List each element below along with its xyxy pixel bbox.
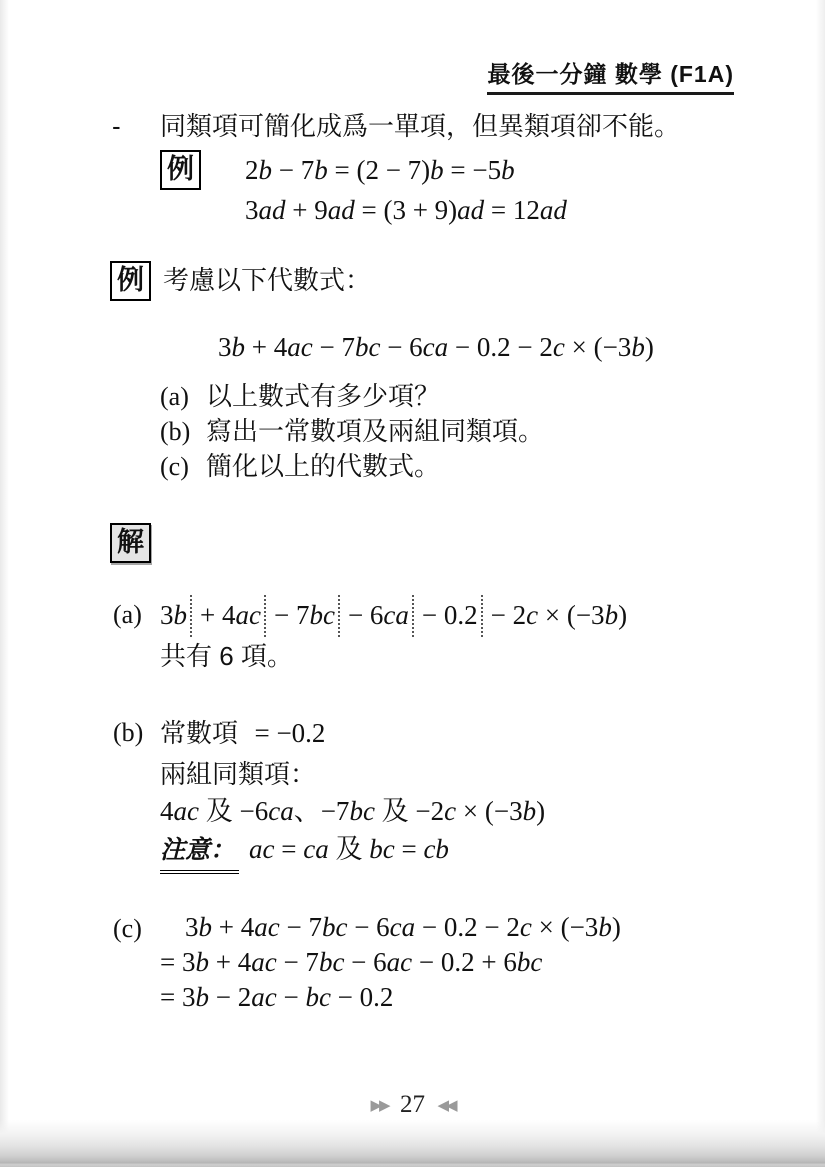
bullet-dash: -: [112, 109, 160, 144]
expression-row: 3b + 4ac − 7bc − 6ca − 0.2 − 2c × (−3b): [0, 328, 825, 366]
solution-b: (b) 常數項 = −0.2 兩組同類項： 4ac 及 −6ca、−7bc 及 …: [0, 714, 825, 874]
equation: = 3b − 2ac − bc − 0.2: [160, 980, 621, 1015]
equation: = −0.2: [254, 718, 325, 748]
example-tag: 例: [160, 150, 201, 190]
term-separator: [412, 595, 414, 637]
equation: 3b + 4ac − 7bc − 6ca − 0.2 − 2c × (−3b): [160, 910, 621, 945]
next-page-icon[interactable]: ▶▶: [370, 1097, 387, 1114]
part-text: 簡化以上的代數式。: [206, 449, 440, 484]
part-label: (b): [113, 714, 160, 874]
term: 3b: [160, 600, 187, 630]
equation: ac = ca 及 bc = cb: [249, 834, 449, 864]
part-label: (b): [160, 414, 206, 449]
part-text: 以上數式有多少項？: [206, 379, 440, 414]
page-number: 27: [400, 1091, 425, 1118]
like-terms-list: 4ac 及 −6ca、−7bc 及 −2c × (−3b): [160, 793, 545, 830]
equation: = 3b + 4ac − 7bc − 6ac − 0.2 + 6bc: [160, 945, 621, 980]
solution-header: 解: [0, 523, 825, 563]
term: + 4ac: [200, 600, 261, 630]
solution-b-body: 常數項 = −0.2 兩組同類項： 4ac 及 −6ca、−7bc 及 −2c …: [160, 714, 545, 874]
part-label: (c): [113, 910, 160, 1015]
intro-text: 同類項可簡化成爲一單項，但異類項卻不能。: [160, 109, 680, 144]
question-part-c: (c) 簡化以上的代數式。: [160, 449, 825, 484]
term: − 0.2: [422, 600, 478, 630]
equation: 3b + 4ac − 7bc − 6ca − 0.2 − 2c × (−3b): [218, 332, 654, 362]
example-tag: 例: [110, 261, 151, 301]
prev-page-icon[interactable]: ◀◀: [437, 1097, 454, 1114]
bottom-edge-shadow: [0, 1120, 825, 1167]
header-title: 最後一分鐘 數學 (F1A): [487, 56, 734, 95]
conclusion-text: 共有 6 項。: [160, 639, 627, 674]
part-label: (c): [160, 449, 206, 484]
question-parts: (a) 以上數式有多少項？ (b) 寫出一常數項及兩組同類項。 (c) 簡化以上…: [0, 379, 825, 484]
solution-a: (a) 3b+ 4ac− 7bc− 6ca− 0.2− 2c × (−3b) 共…: [0, 596, 825, 674]
solution-c: (c) 3b + 4ac − 7bc − 6ca − 0.2 − 2c × (−…: [0, 910, 825, 1015]
question-part-b: (b) 寫出一常數項及兩組同類項。: [160, 414, 825, 449]
term: − 2c × (−3b): [491, 600, 627, 630]
term: − 6ca: [348, 600, 409, 630]
intro-row: - 同類項可簡化成爲一單項，但異類項卻不能。: [0, 109, 825, 144]
equation: 2b − 7b = (2 − 7)b = −5b: [245, 150, 567, 190]
part-label: (a): [113, 596, 160, 674]
part-label: (a): [160, 379, 206, 414]
like-terms-heading: 兩組同類項：: [160, 756, 545, 793]
term: − 7bc: [274, 600, 335, 630]
term-separator: [264, 595, 266, 637]
solution-tag: 解: [110, 523, 151, 563]
example-1: 例 2b − 7b = (2 − 7)b = −5b 3ad + 9ad = (…: [0, 150, 825, 230]
example-prompt: 考慮以下代數式：: [163, 263, 371, 298]
constant-term-line: 常數項 = −0.2: [160, 714, 545, 756]
term-separator: [190, 595, 192, 637]
constant-term-label: 常數項: [160, 718, 238, 748]
page-header: 最後一分鐘 數學 (F1A): [0, 56, 825, 95]
solution-c-body: 3b + 4ac − 7bc − 6ca − 0.2 − 2c × (−3b) …: [160, 910, 621, 1015]
note-label: 注意：: [160, 832, 239, 874]
equation-with-term-separators: 3b+ 4ac− 7bc− 6ca− 0.2− 2c × (−3b): [160, 596, 627, 639]
equation: 3ad + 9ad = (3 + 9)ad = 12ad: [245, 190, 567, 230]
example-equations: 2b − 7b = (2 − 7)b = −5b 3ad + 9ad = (3 …: [245, 150, 567, 230]
term-separator: [481, 595, 483, 637]
note-line: 注意：ac = ca 及 bc = cb: [160, 830, 545, 874]
term-separator: [338, 595, 340, 637]
document-page: 最後一分鐘 數學 (F1A) - 同類項可簡化成爲一單項，但異類項卻不能。 例 …: [0, 0, 825, 1167]
page-footer: ▶▶ 27 ◀◀: [0, 1091, 825, 1119]
question-part-a: (a) 以上數式有多少項？: [160, 379, 825, 414]
part-text: 寫出一常數項及兩組同類項。: [206, 414, 544, 449]
solution-a-body: 3b+ 4ac− 7bc− 6ca− 0.2− 2c × (−3b) 共有 6 …: [160, 596, 627, 674]
example-2: 例 考慮以下代數式：: [0, 261, 825, 301]
